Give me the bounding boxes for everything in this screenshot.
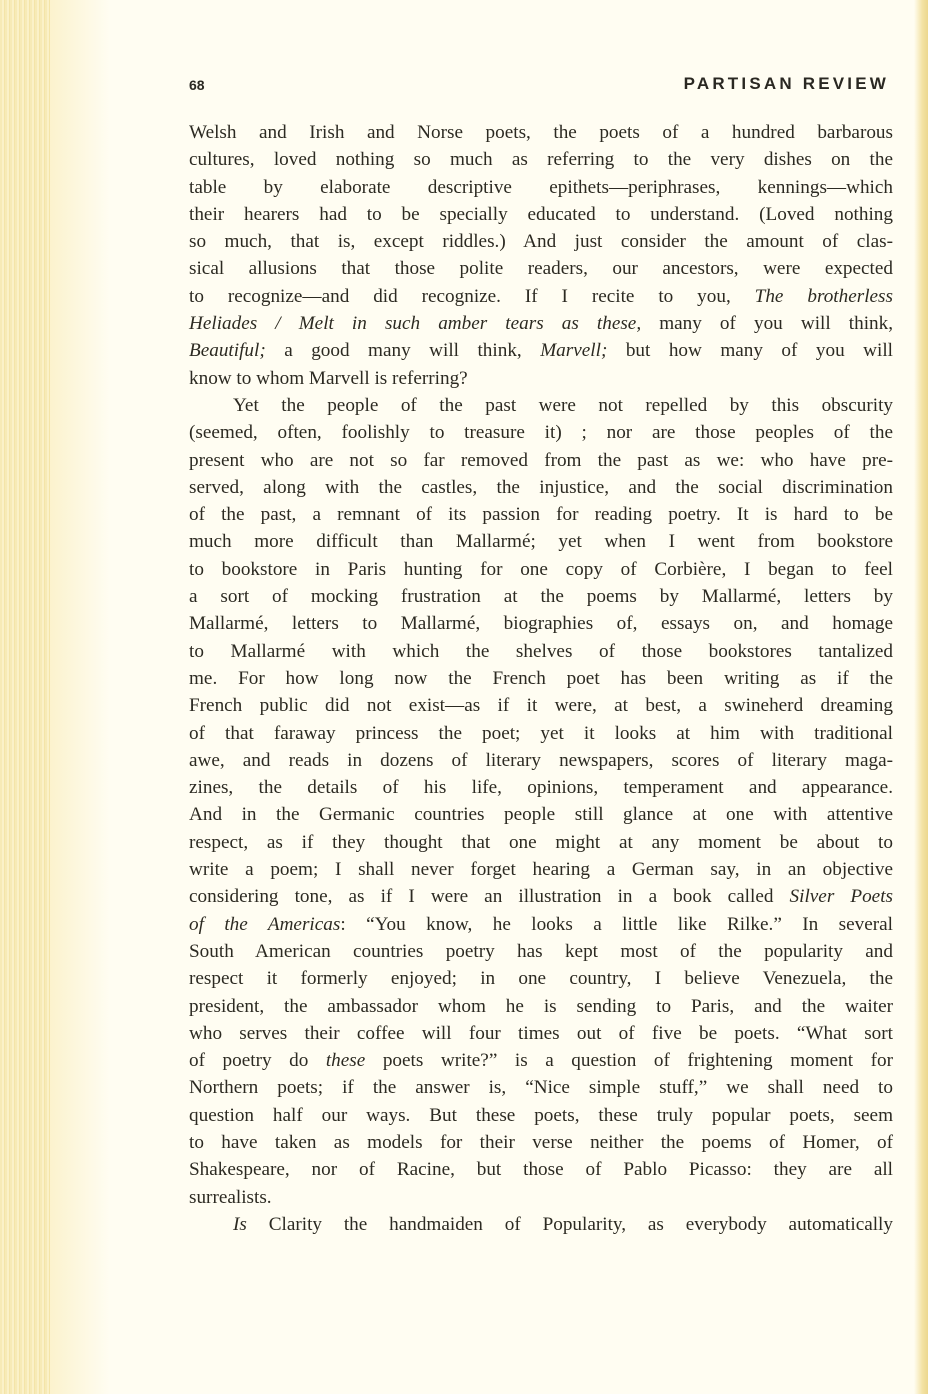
text-run: to have taken as models for their verse … [189, 1132, 893, 1153]
text-line: considering tone, as if I were an illust… [189, 883, 893, 910]
text-line: president, the ambassador whom he is sen… [189, 993, 893, 1020]
text-run: write a poem; I shall never forget heari… [189, 859, 893, 880]
text-line: present who are not so far removed from … [189, 447, 893, 474]
text-run: Shakespeare, nor of Racine, but those of… [189, 1159, 893, 1180]
text-run: respect it formerly enjoyed; in one coun… [189, 968, 893, 989]
text-run: Yet the people of the past were not repe… [233, 395, 893, 416]
text-line: of poetry do these poets write?” is a qu… [189, 1047, 893, 1074]
text-line: who serves their coffee will four times … [189, 1020, 893, 1047]
text-line: me. For how long now the French poet has… [189, 665, 893, 692]
text-line: know to whom Marvell is referring? [189, 365, 893, 392]
text-run: who serves their coffee will four times … [189, 1023, 893, 1044]
text-run: French public did not exist—as if it wer… [189, 695, 893, 716]
text-line: to recognize—and did recognize. If I rec… [189, 283, 893, 310]
text-line: Is Clarity the handmaiden of Popularity,… [189, 1211, 893, 1238]
text-line: surrealists. [189, 1184, 893, 1211]
text-line: to bookstore in Paris hunting for one co… [189, 556, 893, 583]
text-line: (seemed, often, foolishly to treasure it… [189, 419, 893, 446]
text-run: a sort of mocking frustration at the poe… [189, 586, 893, 607]
text-line: so much, that is, except riddles.) And j… [189, 228, 893, 255]
page-gutter-shadow [914, 0, 928, 1394]
text-line: respect it formerly enjoyed; in one coun… [189, 965, 893, 992]
italic-text: these [326, 1050, 365, 1071]
text-run: awe, and reads in dozens of literary new… [189, 750, 893, 771]
italic-text: The brotherless [755, 286, 893, 307]
text-run: cultures, loved nothing so much as refer… [189, 149, 893, 170]
italic-text: Beautiful; [189, 340, 266, 361]
text-run: : “You know, he looks a little like Rilk… [340, 914, 893, 935]
text-line: to have taken as models for their verse … [189, 1129, 893, 1156]
text-run: poets write?” is a question of frighteni… [365, 1050, 893, 1071]
text-line: their hearers had to be specially educat… [189, 201, 893, 228]
text-run: so much, that is, except riddles.) And j… [189, 231, 893, 252]
running-head: 68 PARTISAN REVIEW [189, 74, 889, 98]
text-run: Northern poets; if the answer is, “Nice … [189, 1077, 893, 1098]
text-run: their hearers had to be specially educat… [189, 204, 893, 225]
text-run: to bookstore in Paris hunting for one co… [189, 559, 893, 580]
text-run: many of you will think, [641, 313, 893, 334]
text-line: of that faraway princess the poet; yet i… [189, 720, 893, 747]
text-line: of the Americas: “You know, he looks a l… [189, 911, 893, 938]
text-run: know to whom Marvell is referring? [189, 368, 468, 389]
text-run: zines, the details of his life, opinions… [189, 777, 893, 798]
italic-text: Heliades / Melt in such amber tears as t… [189, 313, 641, 334]
text-run: Clarity the handmaiden of Popularity, as… [247, 1214, 893, 1235]
text-run: served, along with the castles, the inju… [189, 477, 893, 498]
text-line: Shakespeare, nor of Racine, but those of… [189, 1156, 893, 1183]
text-line: write a poem; I shall never forget heari… [189, 856, 893, 883]
italic-text: of the Americas [189, 914, 340, 935]
text-line: question half our ways. But these poets,… [189, 1102, 893, 1129]
text-run: me. For how long now the French poet has… [189, 668, 893, 689]
text-run: respect, as if they thought that one mig… [189, 832, 893, 853]
text-line: Beautiful; a good many will think, Marve… [189, 337, 893, 364]
text-run: present who are not so far removed from … [189, 450, 893, 471]
italic-text: Silver Poets [790, 886, 893, 907]
text-run: considering tone, as if I were an illust… [189, 886, 790, 907]
text-run: And in the Germanic countries people sti… [189, 804, 893, 825]
text-line: sical allusions that those polite reader… [189, 255, 893, 282]
text-line: table by elaborate descriptive epithets—… [189, 174, 893, 201]
text-line: of the past, a remnant of its passion fo… [189, 501, 893, 528]
text-run: South American countries poetry has kept… [189, 941, 893, 962]
text-line: respect, as if they thought that one mig… [189, 829, 893, 856]
journal-title: PARTISAN REVIEW [684, 74, 889, 94]
italic-text: Is [233, 1214, 247, 1235]
text-run: to Mallarmé with which the shelves of th… [189, 641, 893, 662]
text-run: table by elaborate descriptive epithets—… [189, 177, 893, 198]
paragraph: Welsh and Irish and Norse poets, the poe… [189, 119, 893, 392]
text-line: And in the Germanic countries people sti… [189, 801, 893, 828]
text-line: Yet the people of the past were not repe… [189, 392, 893, 419]
text-run: sical allusions that those polite reader… [189, 258, 893, 279]
paragraph: Is Clarity the handmaiden of Popularity,… [189, 1211, 893, 1238]
text-run: of the past, a remnant of its passion fo… [189, 504, 893, 525]
paragraph: Yet the people of the past were not repe… [189, 392, 893, 1211]
text-line: served, along with the castles, the inju… [189, 474, 893, 501]
text-line: zines, the details of his life, opinions… [189, 774, 893, 801]
text-line: Heliades / Melt in such amber tears as t… [189, 310, 893, 337]
text-run: Welsh and Irish and Norse poets, the poe… [189, 122, 893, 143]
text-run: a good many will think, [266, 340, 540, 361]
text-run: question half our ways. But these poets,… [189, 1105, 893, 1126]
text-run: but how many of you will [607, 340, 893, 361]
text-run: to recognize—and did recognize. If I rec… [189, 286, 755, 307]
text-line: awe, and reads in dozens of literary new… [189, 747, 893, 774]
text-run: much more difficult than Mallarmé; yet w… [189, 531, 893, 552]
text-line: cultures, loved nothing so much as refer… [189, 146, 893, 173]
text-line: Welsh and Irish and Norse poets, the poe… [189, 119, 893, 146]
text-line: to Mallarmé with which the shelves of th… [189, 638, 893, 665]
text-run: surrealists. [189, 1187, 272, 1208]
text-line: a sort of mocking frustration at the poe… [189, 583, 893, 610]
page-edge-stack [0, 0, 50, 1394]
article-body: Welsh and Irish and Norse poets, the poe… [189, 119, 893, 1238]
text-line: French public did not exist—as if it wer… [189, 692, 893, 719]
text-line: Mallarmé, letters to Mallarmé, biographi… [189, 610, 893, 637]
text-run: Mallarmé, letters to Mallarmé, biographi… [189, 613, 893, 634]
text-run: (seemed, often, foolishly to treasure it… [189, 422, 893, 443]
italic-text: Marvell; [540, 340, 607, 361]
text-run: president, the ambassador whom he is sen… [189, 996, 893, 1017]
text-line: Northern poets; if the answer is, “Nice … [189, 1074, 893, 1101]
text-run: of poetry do [189, 1050, 326, 1071]
text-line: much more difficult than Mallarmé; yet w… [189, 528, 893, 555]
page-number: 68 [189, 77, 205, 93]
text-run: of that faraway princess the poet; yet i… [189, 723, 893, 744]
text-line: South American countries poetry has kept… [189, 938, 893, 965]
